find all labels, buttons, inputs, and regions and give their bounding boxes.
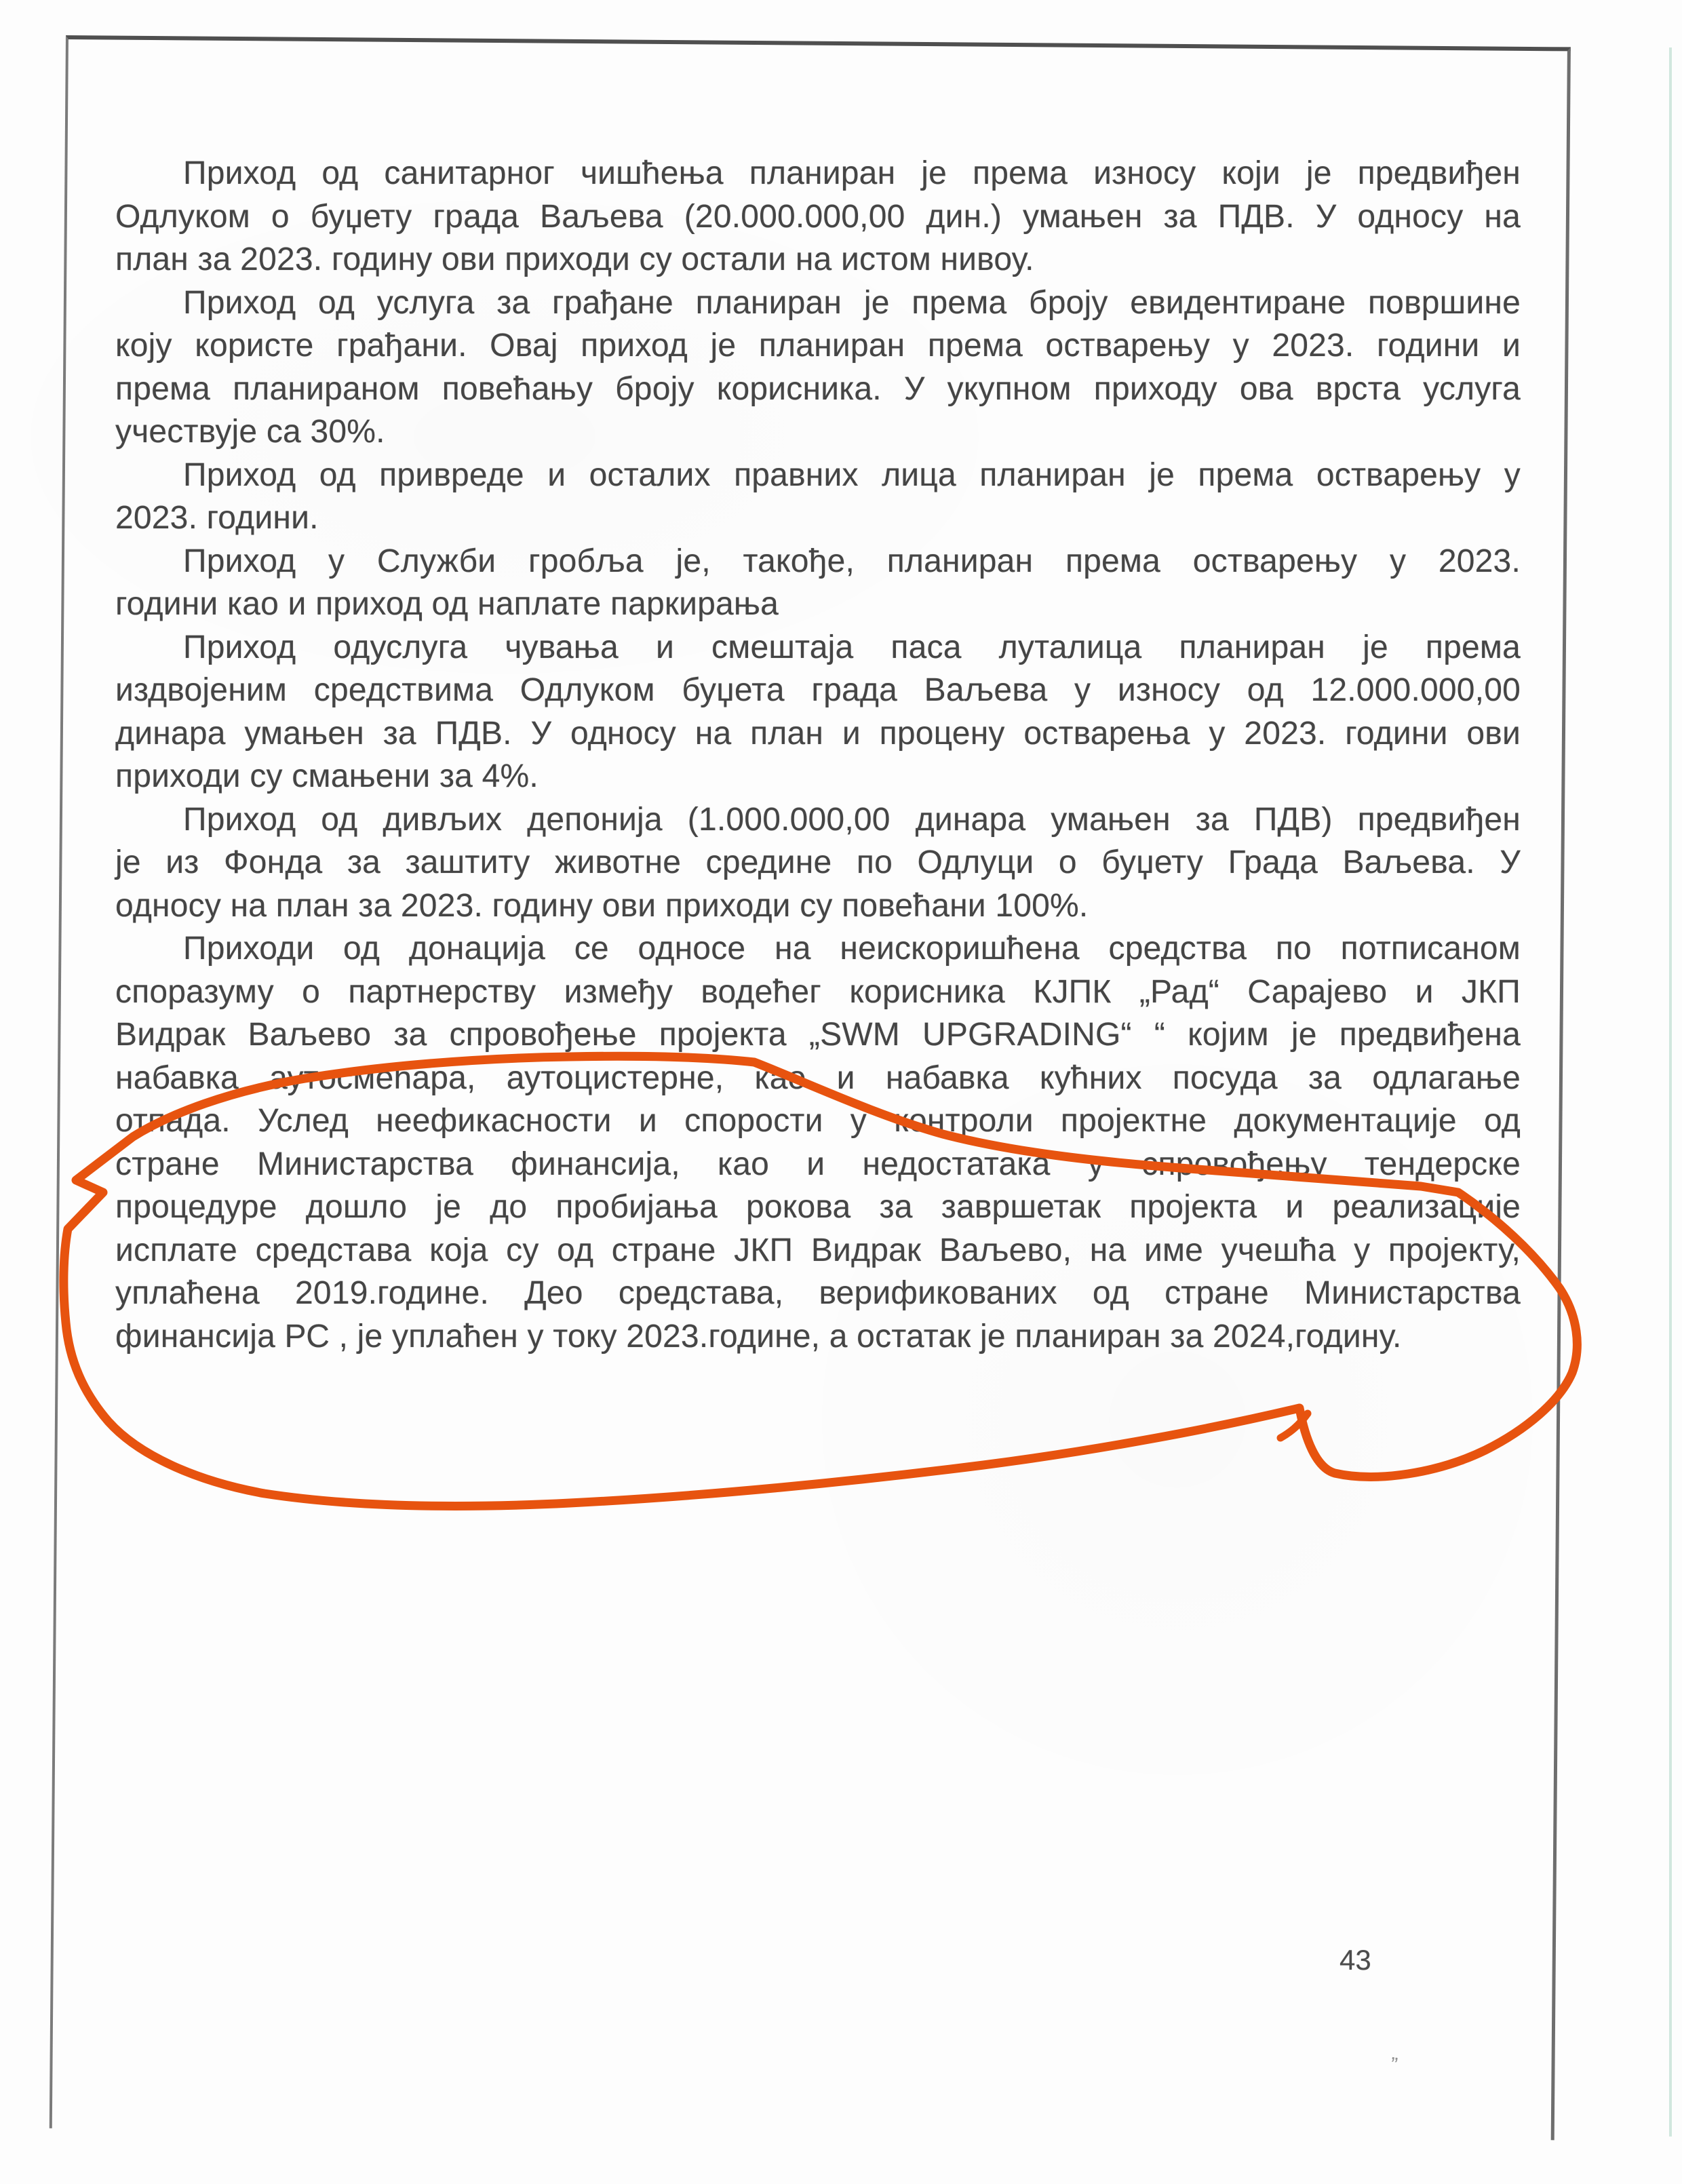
text-line: набавка аутосмећара, аутоцистерне, као и… <box>115 1057 1521 1100</box>
text-line: односу на план за 2023. годину ови прихо… <box>115 884 1521 928</box>
text-line: је из Фонда за заштиту животне средине п… <box>115 841 1521 884</box>
text-line: споразуму о партнерству између водећег к… <box>115 971 1521 1014</box>
text-line: Приход од дивљих депонија (1.000.000,00 … <box>115 798 1521 842</box>
text-line: приходи су смањени за 4%. <box>115 755 1521 798</box>
text-line: финансија РС , је уплаћен у току 2023.го… <box>115 1315 1521 1359</box>
document-body-text: Приход од санитарног чишћења планиран је… <box>115 152 1521 1358</box>
text-line: Приход у Служби гробља је, такође, плани… <box>115 540 1521 583</box>
text-line: динара умањен за ПДВ. У односу на план и… <box>115 712 1521 756</box>
text-line: коју користе грађани. Овај приход је пла… <box>115 324 1521 368</box>
text-line: уплаћена 2019.године. Део средстава, вер… <box>115 1272 1521 1315</box>
text-line: исплате средстава која су од стране ЈКП … <box>115 1229 1521 1272</box>
scanner-stripe-artifact <box>1669 47 1672 2137</box>
scanned-page: Приход од санитарног чишћења планиран је… <box>0 0 1682 2184</box>
text-line: Приход од санитарног чишћења планиран је… <box>115 152 1521 195</box>
text-line: издвојеним средствима Одлуком буџета гра… <box>115 669 1521 712</box>
text-line: процедуре дошло је до пробијања рокова з… <box>115 1186 1521 1229</box>
page-number: 43 <box>1339 1944 1371 1976</box>
text-line: Видрак Ваљево за спровођење пројекта „SW… <box>115 1013 1521 1057</box>
text-line: Приход од услуга за грађане планиран је … <box>115 281 1521 325</box>
text-line: години као и приход од наплате паркирања <box>115 583 1521 626</box>
text-line: Приход одуслуга чувања и смештаја паса л… <box>115 626 1521 669</box>
text-line: стране Министарства финансија, као и нед… <box>115 1143 1521 1186</box>
text-line: учествује са 30%. <box>115 410 1521 454</box>
text-line: Одлуком о буџету града Ваљева (20.000.00… <box>115 195 1521 239</box>
text-line: Приход од привреде и осталих правних лиц… <box>115 454 1521 497</box>
text-line: отпада. Услед неефикасности и спорости у… <box>115 1099 1521 1143</box>
text-line: 2023. години. <box>115 496 1521 540</box>
text-line: према планираном повећању броју корисник… <box>115 368 1521 411</box>
text-line: план за 2023. годину ови приходи су оста… <box>115 238 1521 281</box>
text-line: Приходи од донација се односе на неискор… <box>115 927 1521 971</box>
